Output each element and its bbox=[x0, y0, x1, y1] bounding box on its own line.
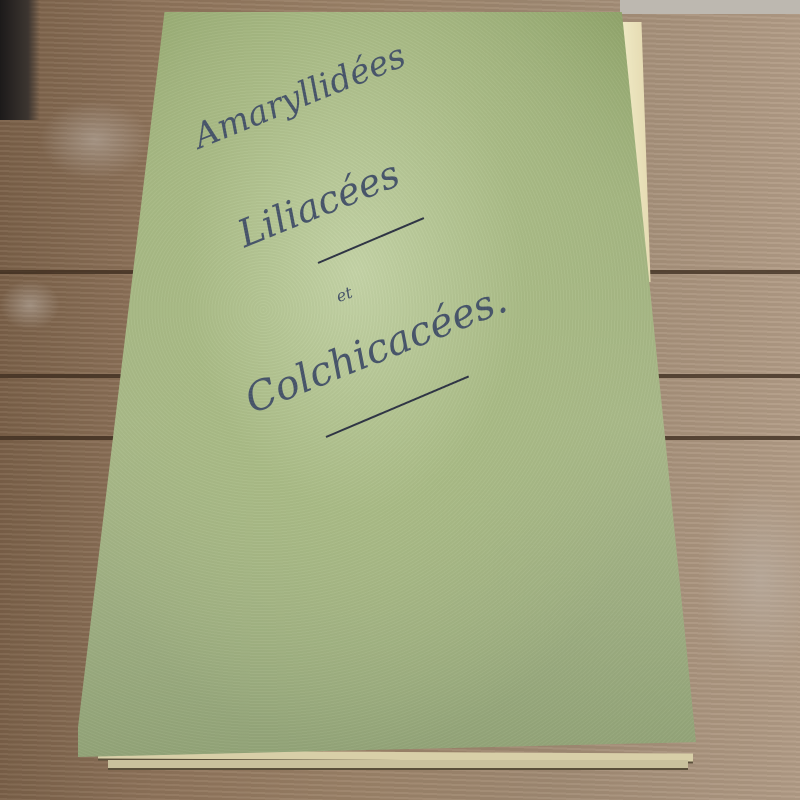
inner-sheet-edge bbox=[108, 760, 688, 770]
green-folder: Amaryllidées Liliacées et Colchicacées. bbox=[78, 12, 700, 764]
handwritten-title-line: et bbox=[334, 283, 355, 306]
wood-stain bbox=[0, 280, 60, 330]
photo-scene: Amaryllidées Liliacées et Colchicacées. bbox=[0, 0, 800, 800]
handwritten-title-line: Colchicacées. bbox=[239, 276, 514, 423]
underline bbox=[318, 217, 425, 264]
handwritten-title-line: Liliacées bbox=[232, 151, 406, 256]
folder-cover: Amaryllidées Liliacées et Colchicacées. bbox=[78, 12, 696, 757]
underline bbox=[326, 376, 469, 438]
handwritten-title-line: Amaryllidées bbox=[188, 36, 411, 157]
shadow-area bbox=[0, 0, 40, 120]
